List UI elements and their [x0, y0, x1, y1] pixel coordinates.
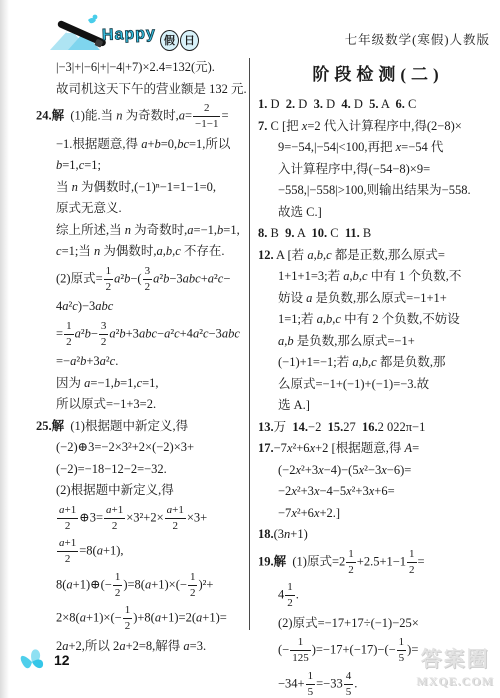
content-line: 8. B 9. A 10. C 11. B [258, 224, 498, 243]
fraction: 2−1−1 [193, 103, 220, 130]
skier-head [93, 15, 98, 20]
fraction: 15 [306, 671, 316, 698]
page-left-edge-shadow [0, 0, 9, 698]
right-column: 阶段检测(二) 1. D 2. D 3. D 4. D 5. A 6. C7. … [258, 58, 498, 698]
content-line: 8(a+1)⊕(−12)=8(a+1)×(−12)²+ [56, 570, 250, 601]
logo-happy-text: Happy [102, 25, 157, 45]
content-line: =−a²b+3a²c. [56, 352, 250, 371]
content-line: 9=−54,|−54|<100,再把 x=−54 代 [278, 138, 498, 157]
content-line: 1+1+1=3;若 a,b,c 中有 1 个负数,不 [278, 267, 498, 286]
fraction: a+12 [104, 505, 125, 532]
content-line: 2×8(a+1)×(−12)+8(a+1)=2(a+1)= [56, 603, 250, 634]
fraction: 12 [123, 605, 133, 632]
watermark-brand: 答案圈 [416, 643, 494, 673]
fraction: 12 [285, 582, 295, 609]
fraction: a+12 [165, 505, 186, 532]
content-line: 么原式=−1+(−1)+(−1)=−3.故 [278, 375, 498, 394]
watermark: 答案圈 MXQE.COM [416, 643, 494, 689]
content-line: 故选 C.] [278, 203, 498, 222]
fraction: a+12 [57, 505, 78, 532]
fraction: 12 [64, 321, 74, 348]
fraction: 12 [113, 572, 123, 599]
happy-holiday-logo: Happy 假日 [48, 12, 188, 58]
content-line: 12. A [若 a,b,c 都是正数,那么原式= [258, 246, 498, 265]
content-line: 选 A.] [278, 396, 498, 415]
content-line: 原式无意义. [56, 199, 250, 218]
page-number: 12 [54, 652, 70, 668]
content-line: 412. [278, 580, 498, 611]
content-line: 25.解 (1)根据题中新定义,得 [36, 417, 250, 436]
content-line: −7x²+6x+2.] [278, 504, 498, 523]
content-line: |−3|+|−6|+|−4|+7)×2.4=132(元). [56, 58, 250, 77]
content-line: (2)根据题中新定义,得 [56, 481, 250, 500]
content-line: 4a²c)−3abc [56, 297, 250, 316]
content-line: −558,|−558|>100,则输出结果为−558. [278, 181, 498, 200]
fraction: 12 [346, 549, 356, 576]
butterfly-icon [16, 644, 52, 678]
content-line: b=1,c=1; [56, 156, 250, 175]
content-line: 因为 a=−1,b=1,c=1, [56, 374, 250, 393]
content-line: (−2)=−18−12−2=−32. [56, 460, 250, 479]
content-line: (−1)+1=−1;若 a,b,c 都是负数,那 [278, 353, 498, 372]
section-title: 阶段检测(二) [258, 60, 498, 85]
content-line: 当 n 为偶数时,(−1)ⁿ−1=1−1=0, [56, 178, 250, 197]
content-line: (2)原式=−17+17÷(−1)−25× [278, 614, 498, 633]
content-line: 18.(3n+1) [258, 525, 498, 544]
fraction: 45 [344, 671, 354, 698]
content-line: −2x²+3x−4−5x²+3x+6= [278, 482, 498, 501]
content-line: a+12⊕3=a+12×3²+2×a+12×3+ [56, 503, 250, 534]
logo-jiari-text: 假日 [160, 30, 200, 51]
content-line: −1.根据题意,得 a+b=0,bc=1,所以 [56, 135, 250, 154]
content-line: 综上所述,当 n 为奇数时,a=−1,b=1, [56, 221, 250, 240]
fraction: 32 [143, 266, 153, 293]
logo-jiari-char: 假 [160, 30, 179, 51]
left-column: |−3|+|−6|+|−4|+7)×2.4=132(元).故司机这天下午的营业额… [36, 58, 250, 658]
content-line: =12a²b−32a²b+3abc−a²c+4a²c−3abc [56, 319, 250, 350]
right-column-lines: 1. D 2. D 3. D 4. D 5. A 6. C7. C [把 x=2… [278, 95, 498, 698]
content-line: (−2x²+3x−4)−(5x²−3x−6)= [278, 461, 498, 480]
content-line: 妨设 a 是负数,那么原式=−1+1+ [278, 289, 498, 308]
content-line: 所以原式=−1+3=2. [56, 395, 250, 414]
fraction: 12 [104, 266, 114, 293]
content-line: c=1;当 n 为偶数时,a,b,c 不存在. [56, 242, 250, 261]
content-line: a+12=8(a+1), [56, 536, 250, 567]
content-line: 19.解 (1)原式=212+2.5+1−112= [258, 547, 498, 578]
content-line: 24.解 (1)能.当 n 为奇数时,a=2−1−1= [36, 101, 250, 132]
fraction: 12 [407, 549, 417, 576]
content-line: 2a+2,所以 2a+2=8,解得 a=3. [56, 637, 250, 656]
content-line: 17.−7x²+6x+2 [根据题意,得 A= [258, 439, 498, 458]
fraction: 32 [99, 321, 109, 348]
content-line: 故司机这天下午的营业额是 132 元. [56, 80, 250, 99]
fraction: a+12 [57, 538, 78, 565]
workbook-answer-page: Happy 假日 七年级数学(寒假)人教版 |−3|+|−6|+|−4|+7)×… [0, 0, 500, 698]
content-line: 13.万 14.−2 15.27 16.2 022π−1 [258, 418, 498, 437]
content-line: (−2)⊕3=−2×3²+2×(−2)×3+ [56, 438, 250, 457]
logo-jiari-char: 日 [180, 30, 199, 51]
fraction: 12 [188, 572, 198, 599]
content-line: 7. C [把 x=2 代入计算程序中,得(2−8)× [258, 117, 498, 136]
fraction: 1125 [290, 637, 311, 664]
fraction: 15 [397, 637, 407, 664]
content-line: (2)原式=12a²b−(32a²b−3abc+a²c− [56, 264, 250, 295]
content-line: 1. D 2. D 3. D 4. D 5. A 6. C [258, 95, 498, 114]
watermark-site: MXQE.COM [416, 674, 494, 689]
content-line: 1=1;若 a,b,c 中有 2 个负数,不妨设 [278, 310, 498, 329]
edition-label: 七年级数学(寒假)人教版 [345, 30, 490, 48]
content-line: a,b 是负数,那么原式=−1+ [278, 332, 498, 351]
content-line: 入计算程序中,得(−54−8)×9= [278, 160, 498, 179]
